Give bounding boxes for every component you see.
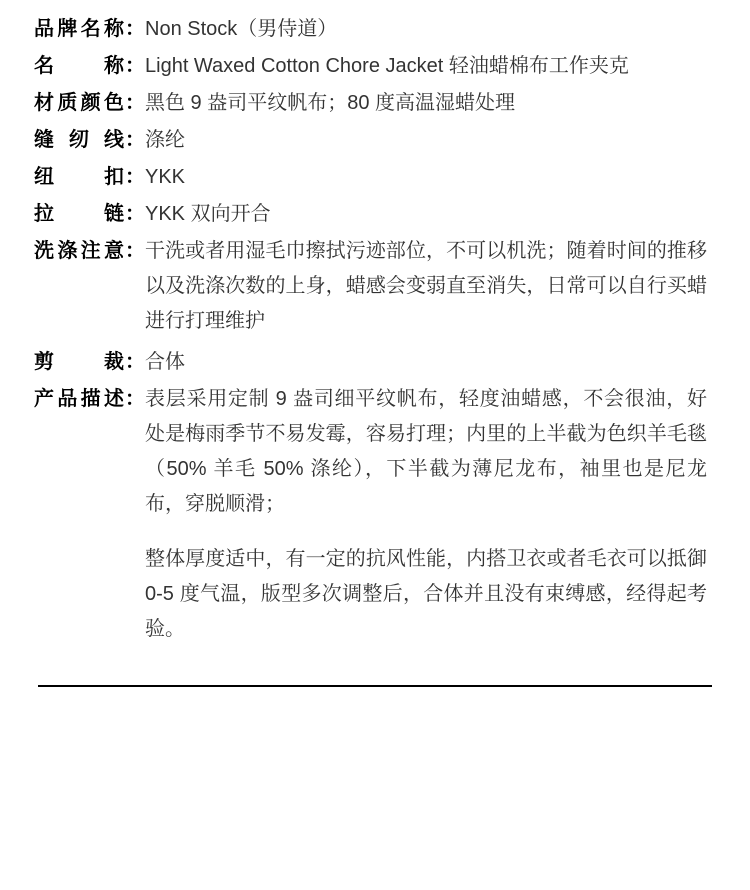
spec-label: 剪裁： (34, 345, 145, 380)
label-colon: ： (125, 160, 145, 195)
spec-value: YKK (145, 160, 707, 195)
spec-label-text: 纽扣 (34, 160, 124, 195)
product-spec-sheet: 品牌名称： Non Stock（男侍道） 名称： Light Waxed Cot… (0, 0, 750, 687)
spec-label-text: 剪裁 (34, 345, 124, 380)
description-paragraph: 整体厚度适中，有一定的抗风性能，内搭卫衣或者毛衣可以抵御 0-5 度气温，版型多… (145, 542, 707, 647)
label-colon: ： (125, 382, 145, 417)
spec-label: 产品描述： (34, 382, 145, 417)
label-colon: ： (125, 123, 145, 158)
spec-label: 纽扣： (34, 160, 145, 195)
spec-value: 干洗或者用湿毛巾擦拭污迹部位，不可以机洗；随着时间的推移以及洗涤次数的上身，蜡感… (145, 234, 707, 339)
spec-row-sewing-thread: 缝纫线： 涤纶 (34, 123, 707, 158)
spec-row-product-name: 名称： Light Waxed Cotton Chore Jacket 轻油蜡棉… (34, 49, 707, 84)
spec-label: 拉链： (34, 197, 145, 232)
spec-value: 涤纶 (145, 123, 707, 158)
label-colon: ： (125, 197, 145, 232)
spec-row-buttons: 纽扣： YKK (34, 160, 707, 195)
spec-label-text: 缝纫线 (34, 123, 124, 158)
spec-label-text: 产品描述 (34, 382, 124, 417)
spec-value: 表层采用定制 9 盎司细平纹帆布，轻度油蜡感，不会很油，好处是梅雨季节不易发霉，… (145, 382, 707, 647)
description-paragraph: 表层采用定制 9 盎司细平纹帆布，轻度油蜡感，不会很油，好处是梅雨季节不易发霉，… (145, 382, 707, 522)
spec-label: 洗涤注意： (34, 234, 145, 269)
spec-label: 名称： (34, 49, 145, 84)
spec-label-text: 品牌名称 (34, 12, 124, 47)
bottom-divider (38, 685, 712, 687)
label-colon: ： (125, 86, 145, 121)
spec-row-material-color: 材质颜色： 黑色 9 盎司平纹帆布；80 度高温湿蜡处理 (34, 86, 707, 121)
label-colon: ： (125, 49, 145, 84)
spec-label-text: 洗涤注意 (34, 234, 124, 269)
spec-label-text: 拉链 (34, 197, 124, 232)
spec-row-washing-notes: 洗涤注意： 干洗或者用湿毛巾擦拭污迹部位，不可以机洗；随着时间的推移以及洗涤次数… (34, 234, 707, 339)
spec-value: 黑色 9 盎司平纹帆布；80 度高温湿蜡处理 (145, 86, 707, 121)
spec-label-text: 材质颜色 (34, 86, 124, 121)
spec-value: Non Stock（男侍道） (145, 12, 707, 47)
spec-label: 缝纫线： (34, 123, 145, 158)
spec-value: 合体 (145, 345, 707, 380)
label-colon: ： (125, 12, 145, 47)
spec-value: Light Waxed Cotton Chore Jacket 轻油蜡棉布工作夹… (145, 49, 707, 84)
spec-row-brand-name: 品牌名称： Non Stock（男侍道） (34, 12, 707, 47)
spec-row-fit: 剪裁： 合体 (34, 345, 707, 380)
spec-label-text: 名称 (34, 49, 124, 84)
spec-value: YKK 双向开合 (145, 197, 707, 232)
spec-label: 品牌名称： (34, 12, 145, 47)
spec-row-zipper: 拉链： YKK 双向开合 (34, 197, 707, 232)
label-colon: ： (125, 234, 145, 269)
spec-label: 材质颜色： (34, 86, 145, 121)
label-colon: ： (125, 345, 145, 380)
spec-row-description: 产品描述： 表层采用定制 9 盎司细平纹帆布，轻度油蜡感，不会很油，好处是梅雨季… (34, 382, 707, 647)
